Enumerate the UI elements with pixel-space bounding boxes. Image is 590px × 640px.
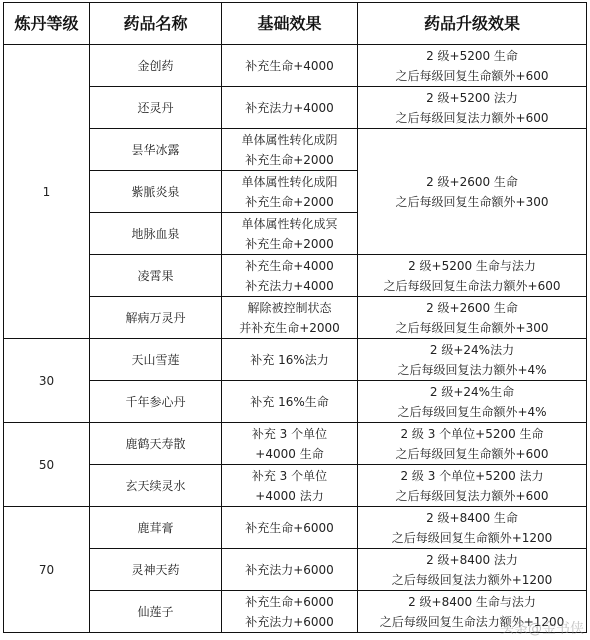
upgrade-effect: 2 级+5200 法力之后每级回复法力额外+600: [358, 87, 587, 129]
base-line: 解除被控制状态: [224, 298, 355, 318]
base-effect: 补充生命+6000: [222, 507, 358, 549]
potion-name: 昙华冰露: [90, 129, 222, 171]
potion-name: 玄天续灵水: [90, 465, 222, 507]
potion-name: 解病万灵丹: [90, 297, 222, 339]
header-upgrade: 药品升级效果: [358, 3, 587, 45]
table-row: 70 鹿茸膏 补充生命+6000 2 级+8400 生命之后每级回复生命额外+1…: [4, 507, 587, 549]
upgrade-line: 2 级+5200 法力: [360, 88, 584, 108]
table-row: 还灵丹 补充法力+4000 2 级+5200 法力之后每级回复法力额外+600: [4, 87, 587, 129]
upgrade-line: 之后每级回复生命额外+600: [360, 66, 584, 86]
table-row: 50 鹿鹤天寿散 补充 3 个单位+4000 生命 2 级 3 个单位+5200…: [4, 423, 587, 465]
upgrade-line: 之后每级回复生命额外+1200: [360, 528, 584, 548]
base-line: 单体属性转化成阳: [224, 172, 355, 192]
base-line: 补充 3 个单位: [224, 466, 355, 486]
upgrade-effect: 2 级 3 个单位+5200 法力之后每级回复法力额外+600: [358, 465, 587, 507]
base-line: 补充 3 个单位: [224, 424, 355, 444]
upgrade-line: 之后每级回复生命额外+4%: [360, 402, 584, 422]
table-row: 凌霄果 补充生命+4000补充法力+4000 2 级+5200 生命与法力之后每…: [4, 255, 587, 297]
base-line: 补充生命+6000: [224, 592, 355, 612]
base-line: +4000 生命: [224, 444, 355, 464]
table-row: 灵神天药 补充法力+6000 2 级+8400 法力之后每级回复法力额外+120…: [4, 549, 587, 591]
table-row: 30 天山雪莲 补充 16%法力 2 级+24%法力之后每级回复法力额外+4%: [4, 339, 587, 381]
base-effect: 补充 3 个单位+4000 法力: [222, 465, 358, 507]
upgrade-effect: 2 级+2600 生命之后每级回复生命额外+300: [358, 129, 587, 255]
level-cell: 70: [4, 507, 90, 633]
base-effect: 补充 16%生命: [222, 381, 358, 423]
upgrade-effect: 2 级+8400 法力之后每级回复法力额外+1200: [358, 549, 587, 591]
upgrade-effect: 2 级+5200 生命与法力之后每级回复生命法力额外+600: [358, 255, 587, 297]
base-effect: 补充生命+4000: [222, 45, 358, 87]
base-line: 补充法力+6000: [224, 560, 355, 580]
upgrade-effect: 2 级+24%法力之后每级回复法力额外+4%: [358, 339, 587, 381]
upgrade-line: 2 级+8400 生命: [360, 508, 584, 528]
base-line: 补充 16%法力: [224, 350, 355, 370]
base-line: 补充法力+4000: [224, 276, 355, 296]
upgrade-line: 2 级 3 个单位+5200 生命: [360, 424, 584, 444]
base-effect: 解除被控制状态并补充生命+2000: [222, 297, 358, 339]
upgrade-effect: 2 级+8400 生命之后每级回复生命额外+1200: [358, 507, 587, 549]
base-effect: 补充 3 个单位+4000 生命: [222, 423, 358, 465]
potion-name: 千年参心丹: [90, 381, 222, 423]
potion-name: 仙莲子: [90, 591, 222, 633]
upgrade-line: 2 级+5200 生命与法力: [360, 256, 584, 276]
upgrade-line: 2 级+8400 法力: [360, 550, 584, 570]
level-cell: 50: [4, 423, 90, 507]
upgrade-line: 2 级+24%法力: [360, 340, 584, 360]
potion-name: 还灵丹: [90, 87, 222, 129]
upgrade-line: 之后每级回复生命额外+300: [360, 192, 584, 212]
potion-name: 鹿茸膏: [90, 507, 222, 549]
header-base: 基础效果: [222, 3, 358, 45]
upgrade-line: 之后每级回复法力额外+1200: [360, 570, 584, 590]
watermark: 头条@金书侠: [500, 618, 584, 638]
upgrade-line: 2 级+2600 生命: [360, 298, 584, 318]
upgrade-line: 之后每级回复生命额外+300: [360, 318, 584, 338]
table-row: 千年参心丹 补充 16%生命 2 级+24%生命之后每级回复生命额外+4%: [4, 381, 587, 423]
header-name: 药品名称: [90, 3, 222, 45]
upgrade-line: 之后每级回复生命额外+600: [360, 444, 584, 464]
base-line: 补充生命+2000: [224, 192, 355, 212]
header-row: 炼丹等级 药品名称 基础效果 药品升级效果: [4, 3, 587, 45]
base-line: 补充 16%生命: [224, 392, 355, 412]
potion-name: 鹿鹤天寿散: [90, 423, 222, 465]
table-row: 玄天续灵水 补充 3 个单位+4000 法力 2 级 3 个单位+5200 法力…: [4, 465, 587, 507]
base-effect: 单体属性转化成阳补充生命+2000: [222, 171, 358, 213]
header-level: 炼丹等级: [4, 3, 90, 45]
table-row: 昙华冰露 单体属性转化成阴补充生命+2000 2 级+2600 生命之后每级回复…: [4, 129, 587, 171]
upgrade-effect: 2 级 3 个单位+5200 生命之后每级回复生命额外+600: [358, 423, 587, 465]
potion-name: 灵神天药: [90, 549, 222, 591]
base-line: 补充法力+6000: [224, 612, 355, 632]
potion-name: 金创药: [90, 45, 222, 87]
potion-name: 天山雪莲: [90, 339, 222, 381]
upgrade-effect: 2 级+2600 生命之后每级回复生命额外+300: [358, 297, 587, 339]
level-cell: 30: [4, 339, 90, 423]
base-line: 补充生命+2000: [224, 150, 355, 170]
upgrade-line: 2 级+24%生命: [360, 382, 584, 402]
base-line: 补充法力+4000: [224, 98, 355, 118]
table-row: 1 金创药 补充生命+4000 2 级+5200 生命之后每级回复生命额外+60…: [4, 45, 587, 87]
upgrade-line: 之后每级回复生命法力额外+600: [360, 276, 584, 296]
upgrade-line: 2 级 3 个单位+5200 法力: [360, 466, 584, 486]
base-effect: 单体属性转化成阴补充生命+2000: [222, 129, 358, 171]
base-line: +4000 法力: [224, 486, 355, 506]
potion-table: 炼丹等级 药品名称 基础效果 药品升级效果 1 金创药 补充生命+4000 2 …: [3, 2, 587, 633]
base-effect: 单体属性转化成冥补充生命+2000: [222, 213, 358, 255]
upgrade-line: 之后每级回复法力额外+4%: [360, 360, 584, 380]
upgrade-effect: 2 级+5200 生命之后每级回复生命额外+600: [358, 45, 587, 87]
potion-name: 紫脈炎泉: [90, 171, 222, 213]
upgrade-line: 2 级+5200 生命: [360, 46, 584, 66]
table-row: 解病万灵丹 解除被控制状态并补充生命+2000 2 级+2600 生命之后每级回…: [4, 297, 587, 339]
base-effect: 补充 16%法力: [222, 339, 358, 381]
upgrade-line: 2 级+2600 生命: [360, 172, 584, 192]
upgrade-line: 之后每级回复法力额外+600: [360, 108, 584, 128]
base-effect: 补充法力+6000: [222, 549, 358, 591]
upgrade-effect: 2 级+24%生命之后每级回复生命额外+4%: [358, 381, 587, 423]
base-line: 并补充生命+2000: [224, 318, 355, 338]
upgrade-line: 2 级+8400 生命与法力: [360, 592, 584, 612]
base-line: 补充生命+6000: [224, 518, 355, 538]
base-effect: 补充生命+6000补充法力+6000: [222, 591, 358, 633]
base-line: 补充生命+4000: [224, 256, 355, 276]
base-line: 单体属性转化成阴: [224, 130, 355, 150]
base-effect: 补充法力+4000: [222, 87, 358, 129]
upgrade-line: 之后每级回复法力额外+600: [360, 486, 584, 506]
base-effect: 补充生命+4000补充法力+4000: [222, 255, 358, 297]
base-line: 补充生命+4000: [224, 56, 355, 76]
potion-name: 凌霄果: [90, 255, 222, 297]
base-line: 单体属性转化成冥: [224, 214, 355, 234]
base-line: 补充生命+2000: [224, 234, 355, 254]
potion-name: 地脉血泉: [90, 213, 222, 255]
level-cell: 1: [4, 45, 90, 339]
